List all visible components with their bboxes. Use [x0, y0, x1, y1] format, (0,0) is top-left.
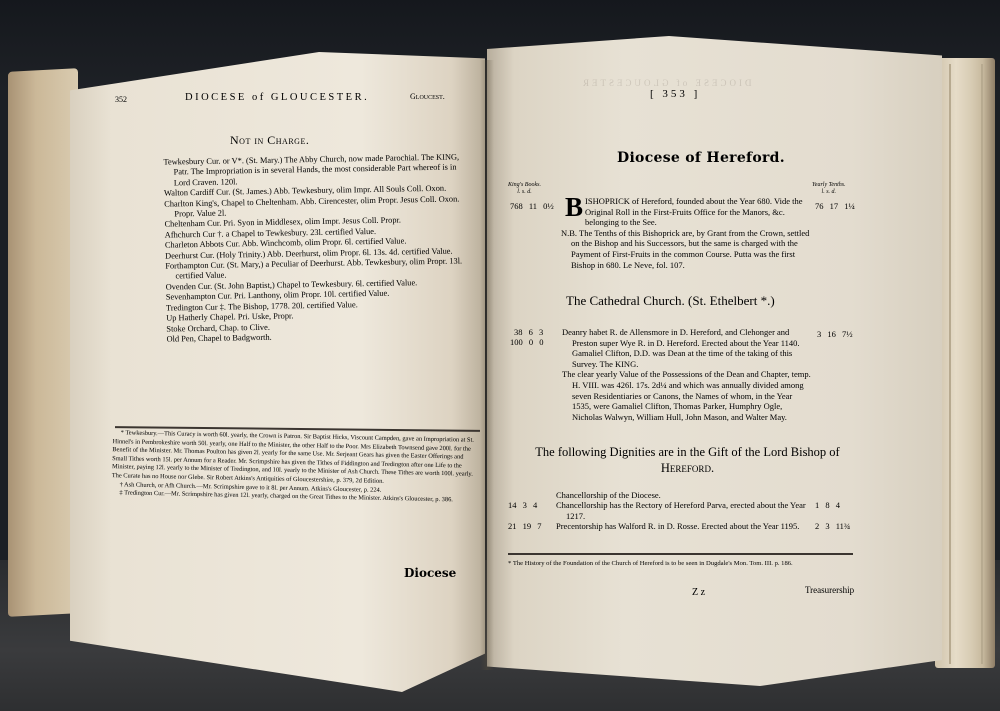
deanery-kings-books-1: 38 6 3	[514, 327, 543, 337]
right-page-edges	[935, 58, 995, 668]
deanery-kings-books-2: 100 0 0	[510, 337, 544, 347]
bishopric-text: ISHOPRICK of Hereford, founded about the…	[585, 196, 802, 227]
left-head-catchword: Gloucest.	[410, 92, 445, 101]
left-running-title: DIOCESE of GLOUCESTER.	[185, 92, 369, 103]
parish-entries: Tewkesbury Cur. or V*. (St. Mary.) The A…	[163, 152, 466, 345]
dignity-kings-books: 21 19 7	[508, 521, 542, 531]
kings-books-header: King's Books. l. s. d.	[508, 182, 541, 196]
bishopric-entry: B ISHOPRICK of Hereford, founded about t…	[565, 196, 810, 270]
yearly-tenths-header: Yearly Tenths. l. s. d.	[812, 182, 846, 196]
deanery-value: The clear yearly Value of the Possession…	[562, 369, 812, 422]
header-label: King's Books.	[508, 182, 541, 189]
right-footnote: * The History of the Foundation of the C…	[508, 560, 858, 569]
left-page-edges	[8, 68, 78, 617]
cathedral-heading: The Cathedral Church. (St. Ethelbert *.)	[566, 293, 775, 309]
header-units: l. s. d.	[508, 189, 541, 196]
dignity-text: Chancellorship has the Rectory of Herefo…	[556, 500, 816, 521]
signature-mark: Z z	[692, 587, 705, 598]
diocese-title: Diocese of Hereford.	[617, 150, 785, 166]
deanery-text: Deanry habet R. de Allensmore in D. Here…	[562, 327, 812, 369]
left-footnotes: * Tewkesbury.—This Curacy is worth 60l. …	[111, 429, 478, 505]
footnote-rule-right	[508, 553, 853, 555]
dignities-heading-line1: The following Dignities are in the Gift …	[520, 444, 855, 460]
bishopric-yearly-tenths: 76 17 1¼	[815, 201, 855, 211]
bishopric-note: N.B. The Tenths of this Bishoprick are, …	[561, 228, 810, 270]
right-catchword: Treasurership	[805, 585, 854, 595]
right-page-number: [ 353 ]	[650, 88, 700, 100]
drop-cap: B	[565, 196, 583, 218]
bishopric-kings-books: 768 11 0½	[510, 201, 554, 211]
parish-entry: Tewkesbury Cur. or V*. (St. Mary.) The A…	[163, 152, 463, 188]
dignity-text: Precentorship has Walford R. in D. Rosse…	[556, 521, 816, 532]
dignity-row: Chancellorship has the Rectory of Herefo…	[556, 500, 816, 521]
dignities-heading-line2: Hereford.	[520, 460, 855, 476]
dignity-row: Chancellorship of the Diocese.	[556, 490, 816, 501]
deanery-yearly-tenths: 3 16 7½	[817, 329, 853, 339]
left-page-number: 352	[115, 95, 127, 104]
book-gutter	[480, 60, 494, 670]
header-label: Yearly Tenths.	[812, 182, 846, 189]
header-units: l. s. d.	[812, 189, 846, 196]
deanery-entry: Deanry habet R. de Allensmore in D. Here…	[562, 327, 812, 422]
left-page	[70, 52, 485, 692]
footnote: * Tewkesbury.—This Curacy is worth 60l. …	[112, 429, 479, 488]
dignity-yearly-tenths: 1 8 4	[815, 500, 840, 510]
dignity-row: Precentorship has Walford R. in D. Rosse…	[556, 521, 816, 532]
show-through-text: DIOCESE of GLOUCESTER	[580, 78, 752, 88]
left-catchword: Diocese	[404, 566, 456, 580]
section-title-not-in-charge: Not in Charge.	[230, 133, 309, 148]
dignities-heading: The following Dignities are in the Gift …	[520, 444, 855, 476]
dignity-yearly-tenths: 2 3 11¾	[815, 521, 850, 531]
dignity-kings-books: 14 3 4	[508, 500, 537, 510]
